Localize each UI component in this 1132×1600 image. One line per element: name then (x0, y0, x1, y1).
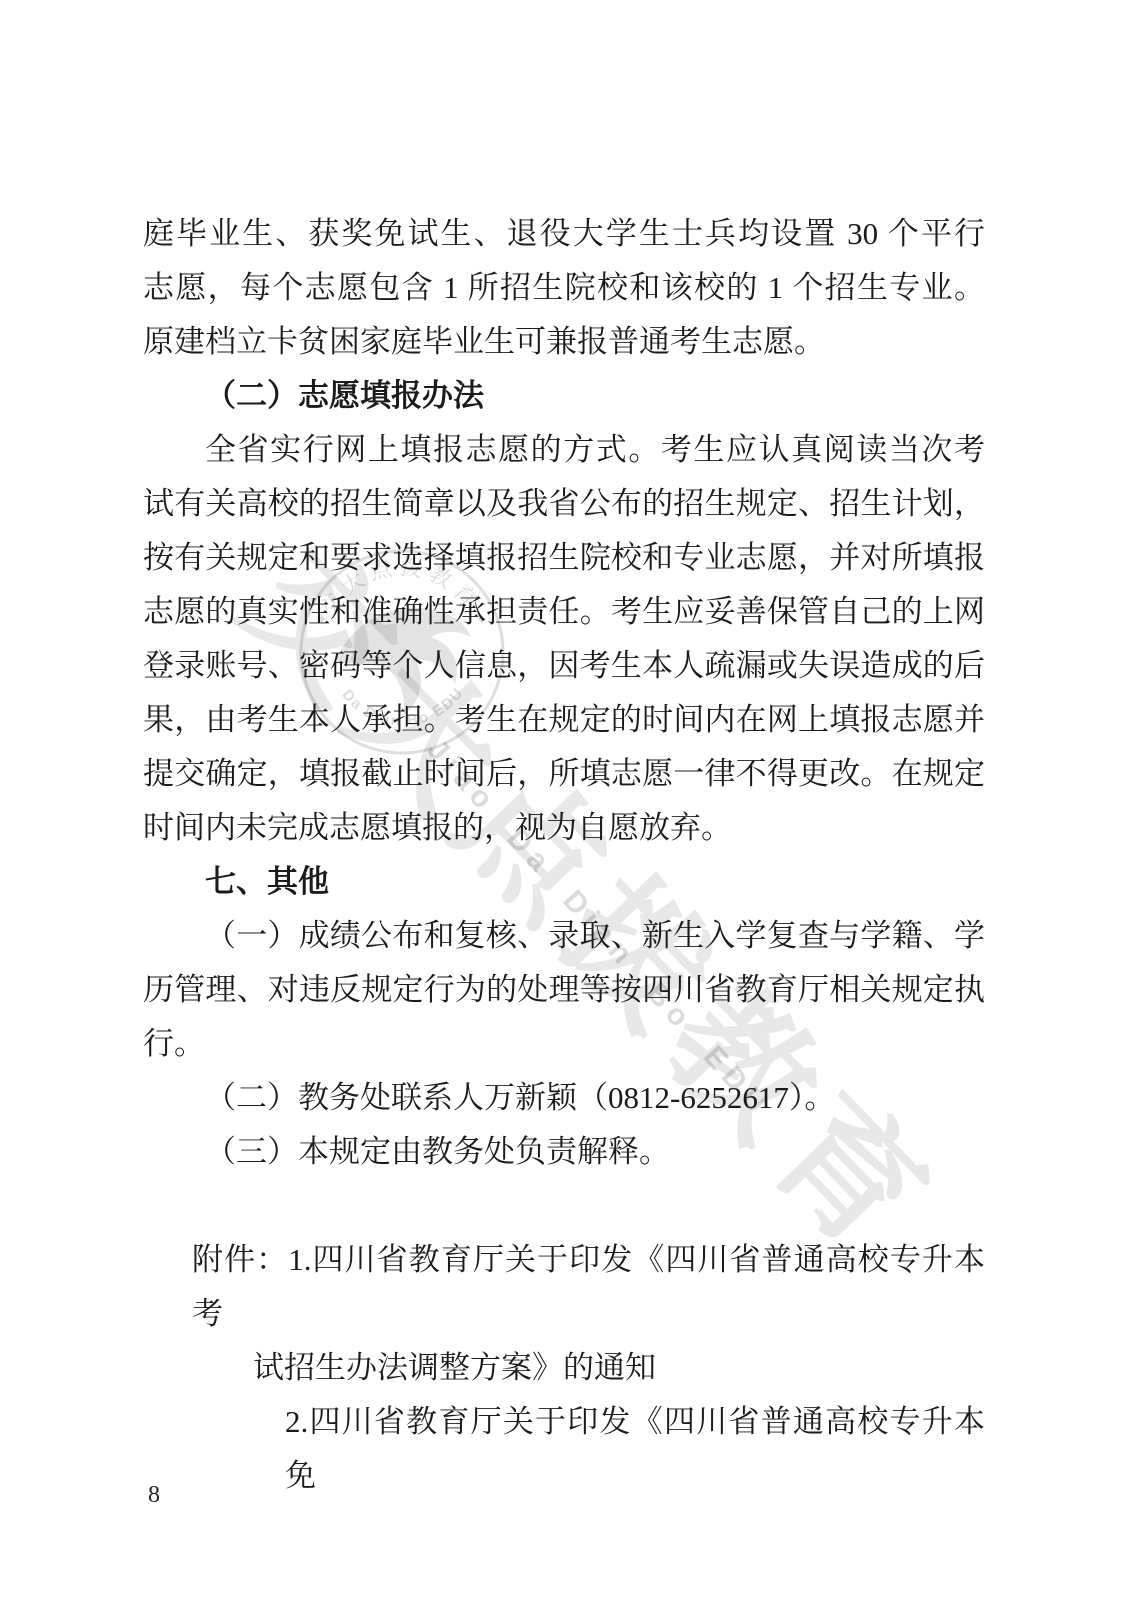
document-page: 交大点拨教育 Da Dian Bo EDU ✦ ✦ 交大点拨教育 Jiao Da… (0, 0, 1132, 1600)
body-line: 时间内未完成志愿填报的，视为自愿放弃。 (143, 801, 985, 855)
body-line: 提交确定，填报截止时间后，所填志愿一律不得更改。在规定 (143, 747, 985, 801)
contact-line: （二）教务处联系人万新颖（0812-6252617）。 (143, 1071, 985, 1125)
body-line: 行。 (143, 1017, 985, 1071)
body-line: 全省实行网上填报志愿的方式。考生应认真阅读当次考 (143, 423, 985, 477)
body-line: 果，由考生本人承担。考生在规定的时间内在网上填报志愿并 (143, 693, 985, 747)
body-line: 试有关高校的招生简章以及我省公布的招生规定、招生计划， (143, 477, 985, 531)
attachment-line: 2.四川省教育厅关于印发《四川省普通高校专升本免 (143, 1395, 985, 1503)
page-number: 8 (148, 1482, 160, 1509)
body-line: 原建档立卡贫困家庭毕业生可兼报普通考生志愿。 (143, 315, 985, 369)
body-line: 志愿的真实性和准确性承担责任。考生应妥善保管自己的上网 (143, 585, 985, 639)
body-line: 庭毕业生、获奖免试生、退役大学生士兵均设置 30 个平行 (143, 207, 985, 261)
body-line: 志愿，每个志愿包含 1 所招生院校和该校的 1 个招生专业。 (143, 261, 985, 315)
body-line: 历管理、对违反规定行为的处理等按四川省教育厅相关规定执 (143, 963, 985, 1017)
attachment-line: 试招生办法调整方案》的通知 (143, 1341, 985, 1395)
body-line: 按有关规定和要求选择填报招生院校和专业志愿，并对所填报 (143, 531, 985, 585)
document-body: 庭毕业生、获奖免试生、退役大学生士兵均设置 30 个平行 志愿，每个志愿包含 1… (143, 207, 985, 1503)
body-line: （三）本规定由教务处负责解释。 (143, 1125, 985, 1179)
body-line: （一）成绩公布和复核、录取、新生入学复查与学籍、学 (143, 909, 985, 963)
attachment-line: 附件：1.四川省教育厅关于印发《四川省普通高校专升本考 (143, 1233, 985, 1341)
blank-line (143, 1179, 985, 1233)
body-line: 登录账号、密码等个人信息，因考生本人疏漏或失误造成的后 (143, 639, 985, 693)
section-heading: 七、其他 (143, 855, 985, 909)
subsection-heading: （二）志愿填报办法 (143, 369, 985, 423)
